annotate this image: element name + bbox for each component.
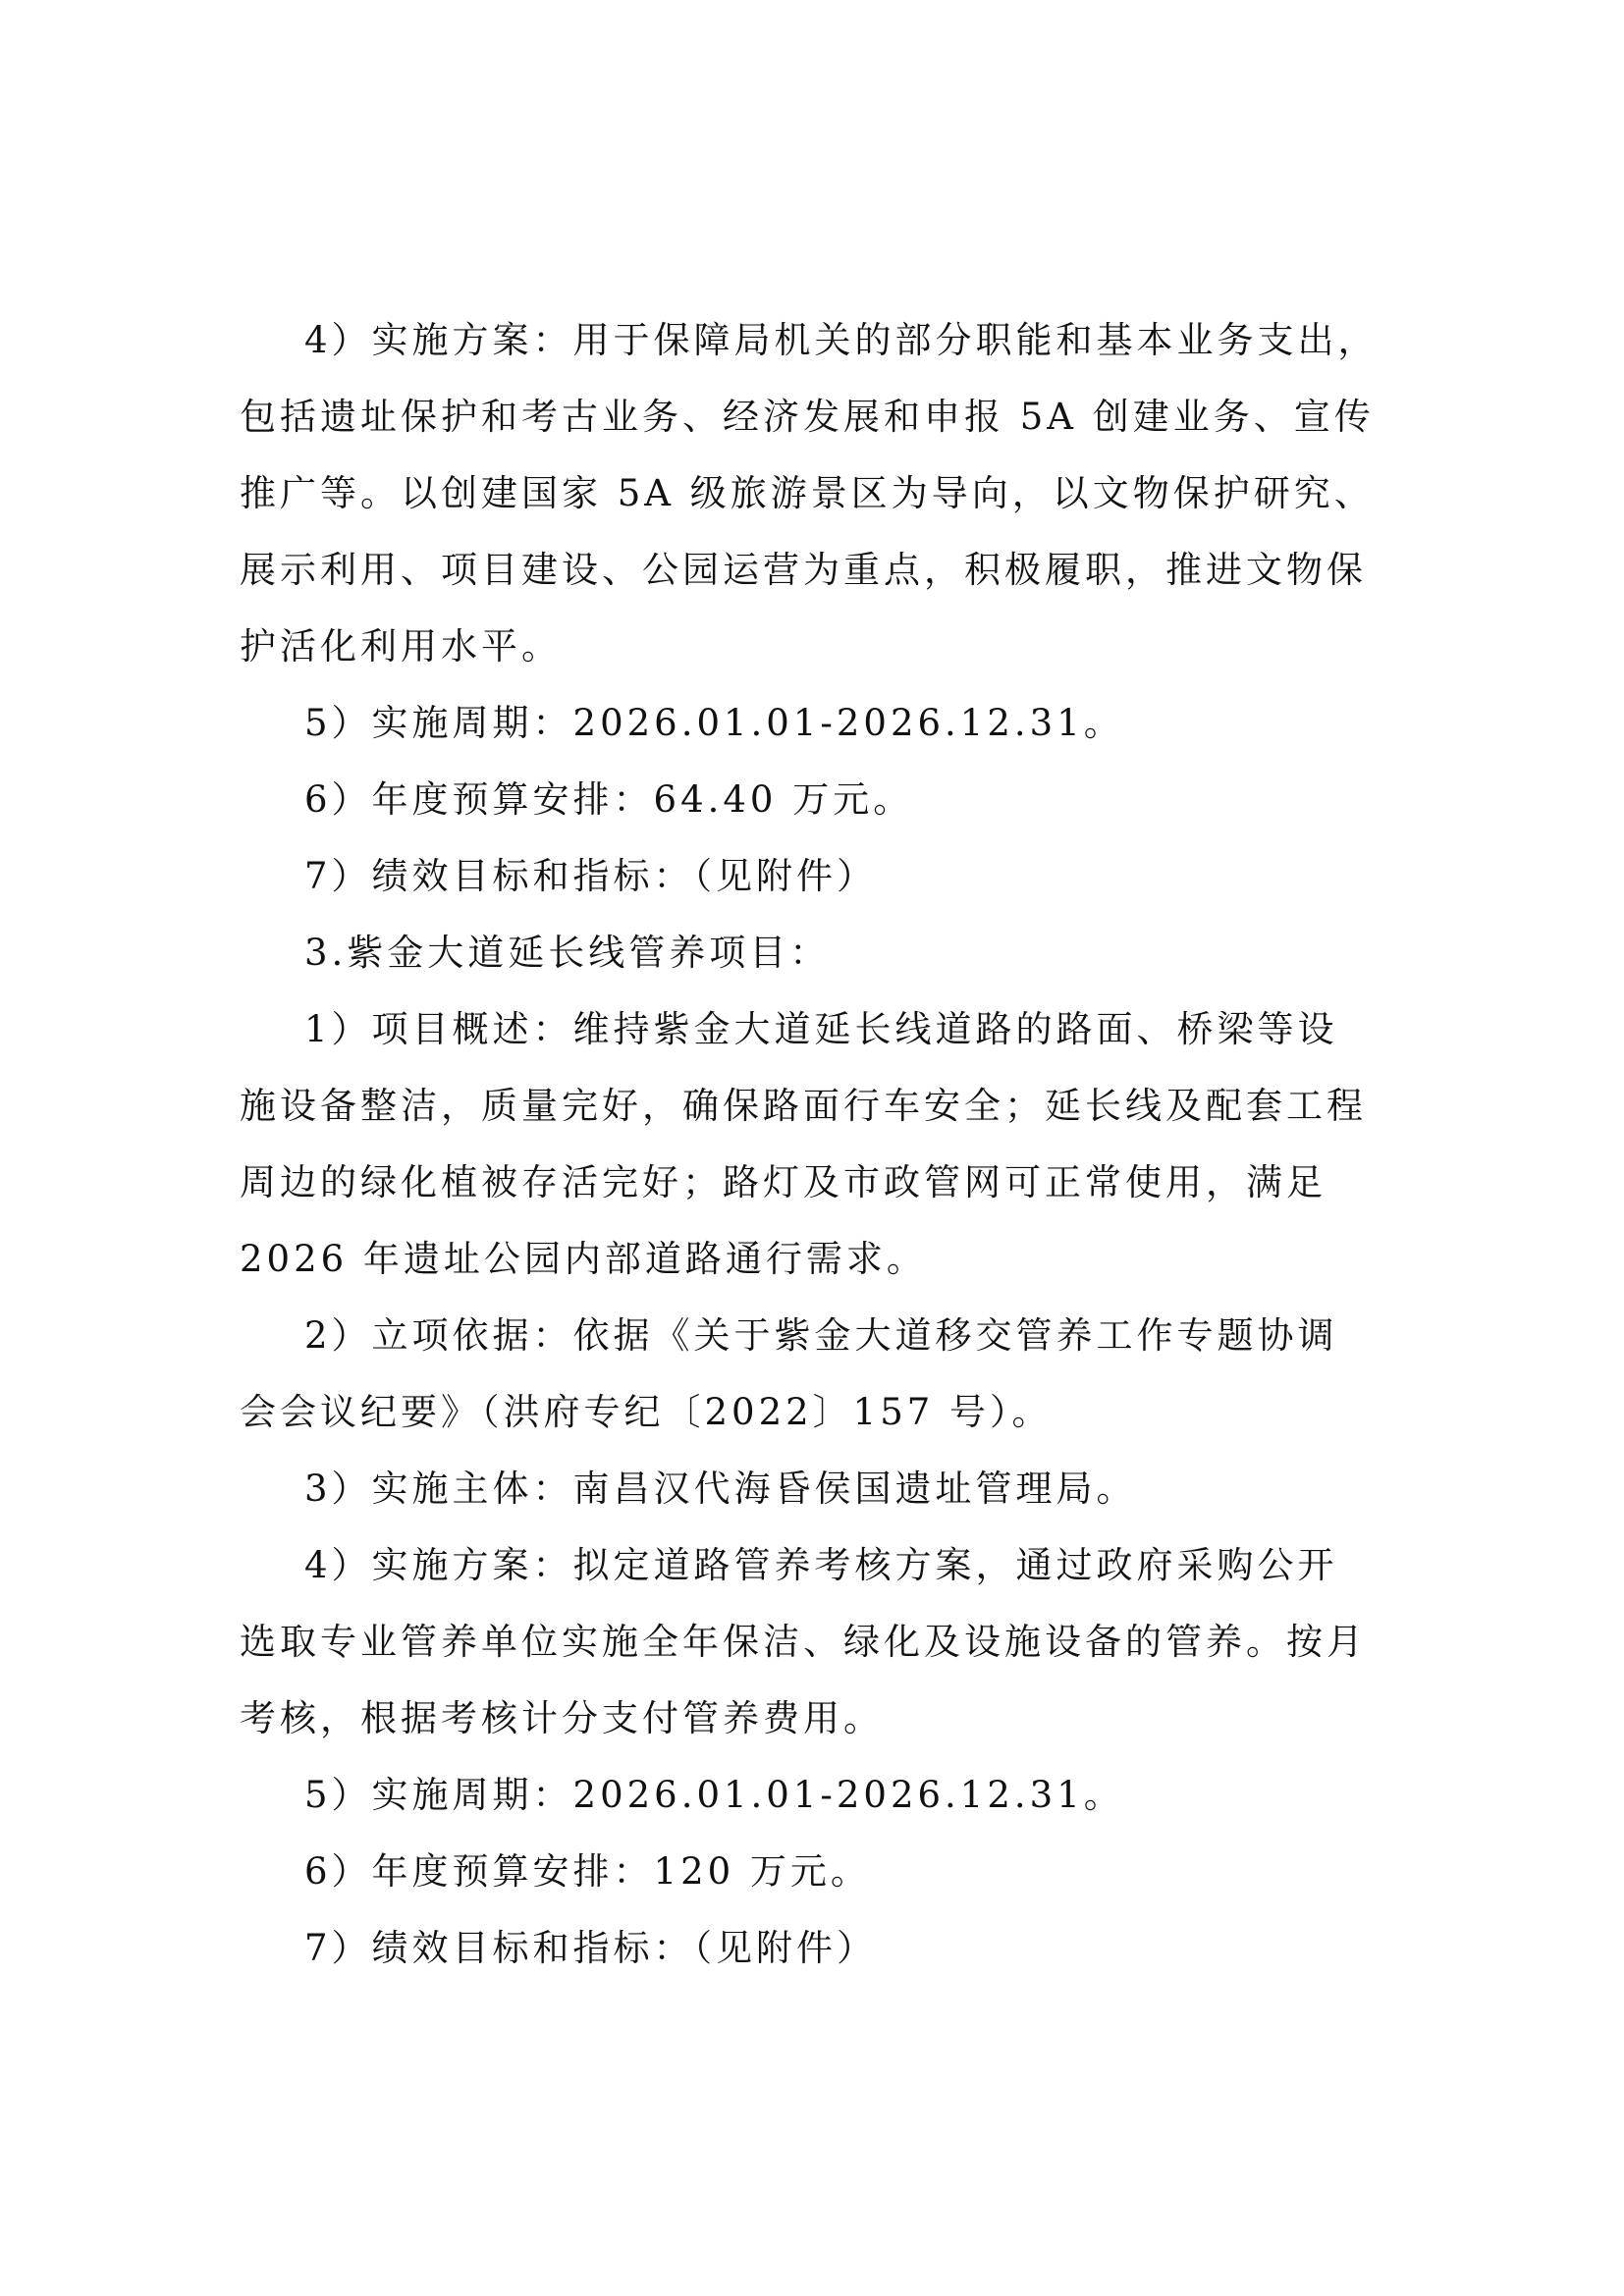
paragraph-line: 2）立项依据：依据《关于紫金大道移交管养工作专题协调 bbox=[240, 1298, 1338, 1374]
paragraph-line: 4）实施方案：拟定道路管养考核方案，通过政府采购公开 bbox=[240, 1527, 1338, 1604]
paragraph-line: 包括遗址保护和考古业务、经济发展和申报 5A 创建业务、宣传 bbox=[240, 379, 1375, 455]
section-heading: 3.紫金大道延长线管养项目： bbox=[240, 915, 830, 991]
paragraph-line: 会会议纪要》（洪府专纪〔2022〕157 号）。 bbox=[240, 1374, 1053, 1451]
paragraph-line: 护活化利用水平。 bbox=[240, 609, 562, 685]
paragraph-line: 施设备整洁，质量完好，确保路面行车安全；延长线及配套工程 bbox=[240, 1068, 1367, 1145]
paragraph-line: 2026 年遗址公园内部道路通行需求。 bbox=[240, 1221, 927, 1298]
paragraph-line: 选取专业管养单位实施全年保洁、绿化及设施设备的管养。按月 bbox=[240, 1604, 1367, 1681]
paragraph-line: 3）实施主体：南昌汉代海昏侯国遗址管理局。 bbox=[240, 1451, 1137, 1527]
paragraph-line: 7）绩效目标和指标：（见附件） bbox=[240, 838, 877, 915]
paragraph-line: 周边的绿化植被存活完好；路灯及市政管网可正常使用，满足 bbox=[240, 1145, 1326, 1221]
paragraph-line: 推广等。以创建国家 5A 级旅游景区为导向，以文物保护研究、 bbox=[240, 455, 1375, 532]
paragraph-line: 考核，根据考核计分支付管养费用。 bbox=[240, 1681, 884, 1757]
paragraph-line: 6）年度预算安排：120 万元。 bbox=[240, 1834, 871, 1910]
paragraph-line: 1）项目概述：维持紫金大道延长线道路的路面、桥梁等设 bbox=[240, 991, 1338, 1068]
paragraph-line: 6）年度预算安排：64.40 万元。 bbox=[240, 762, 913, 838]
paragraph-line: 4）实施方案：用于保障局机关的部分职能和基本业务支出， bbox=[240, 302, 1379, 379]
paragraph-line: 5）实施周期：2026.01.01-2026.12.31。 bbox=[240, 1757, 1124, 1834]
paragraph-line: 展示利用、项目建设、公园运营为重点，积极履职，推进文物保 bbox=[240, 532, 1367, 609]
paragraph-line: 5）实施周期：2026.01.01-2026.12.31。 bbox=[240, 685, 1124, 762]
paragraph-line: 7）绩效目标和指标：（见附件） bbox=[240, 1910, 877, 1987]
